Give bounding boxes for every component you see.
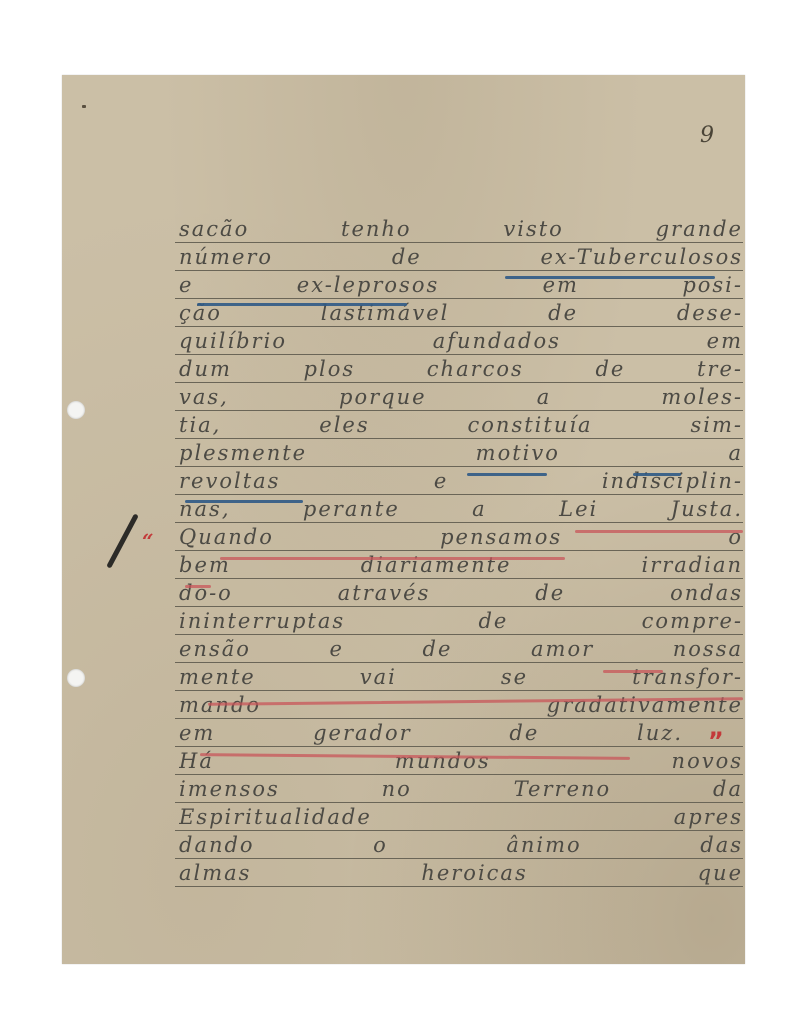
ink-speck (82, 105, 86, 108)
text-line: almas heroicas que (175, 858, 743, 887)
text-line: Quando pensamos o (175, 522, 743, 551)
red-underline-quando-pensamos (220, 557, 565, 560)
text-line: vas, porque a moles- (175, 382, 743, 411)
text-line: dando o ânimo das (175, 830, 743, 859)
blue-underline-leprosos (197, 303, 407, 306)
text-line: imensos no Terreno da (175, 774, 743, 803)
text-line: nas, perante a Lei Justa. (175, 494, 743, 523)
text-line: em gerador de luz. (175, 718, 743, 747)
text-line: número de ex-Tuberculosos (175, 242, 743, 271)
text-line: sacão tenho visto grande (175, 214, 743, 243)
text-line: quilíbrio afundados em (175, 326, 743, 355)
text-line: revoltas e indisciplin- (175, 466, 743, 495)
text-line: dum plos charcos de tre- (175, 354, 743, 383)
open-quote-mark: “ (142, 529, 154, 553)
text-line: ensão e de amor nossa (175, 634, 743, 663)
text-line: e ex-leprosos em posi- (175, 270, 743, 299)
text-line: bem diariamente irradian (175, 550, 743, 579)
blue-underline-motivo (467, 473, 547, 476)
blue-underline-a (633, 473, 681, 476)
punch-hole-lower (67, 669, 85, 687)
text-line: mente vai se transfor- (175, 662, 743, 691)
ruled-text-lines: sacão tenho visto grande número de ex-Tu… (175, 75, 743, 964)
manuscript-page: 9 “ ” sacão tenho visto grande número de… (62, 75, 745, 964)
blue-underline-tuberculosos (505, 276, 715, 279)
red-underline-bem (185, 585, 211, 588)
punch-hole-upper (67, 401, 85, 419)
text-line: plesmente motivo a (175, 438, 743, 467)
text-line: Espiritualidade apres (175, 802, 743, 831)
margin-pencil-stroke (106, 513, 139, 568)
text-line: do-o através de ondas (175, 578, 743, 607)
text-line: ininterruptas de compre- (175, 606, 743, 635)
text-line: Há mundos novos (175, 746, 743, 775)
blue-underline-revoltas (185, 500, 303, 503)
red-underline-lei-justa (575, 530, 743, 533)
red-underline-transfor (603, 670, 663, 673)
text-line: tia, eles constituía sim- (175, 410, 743, 439)
